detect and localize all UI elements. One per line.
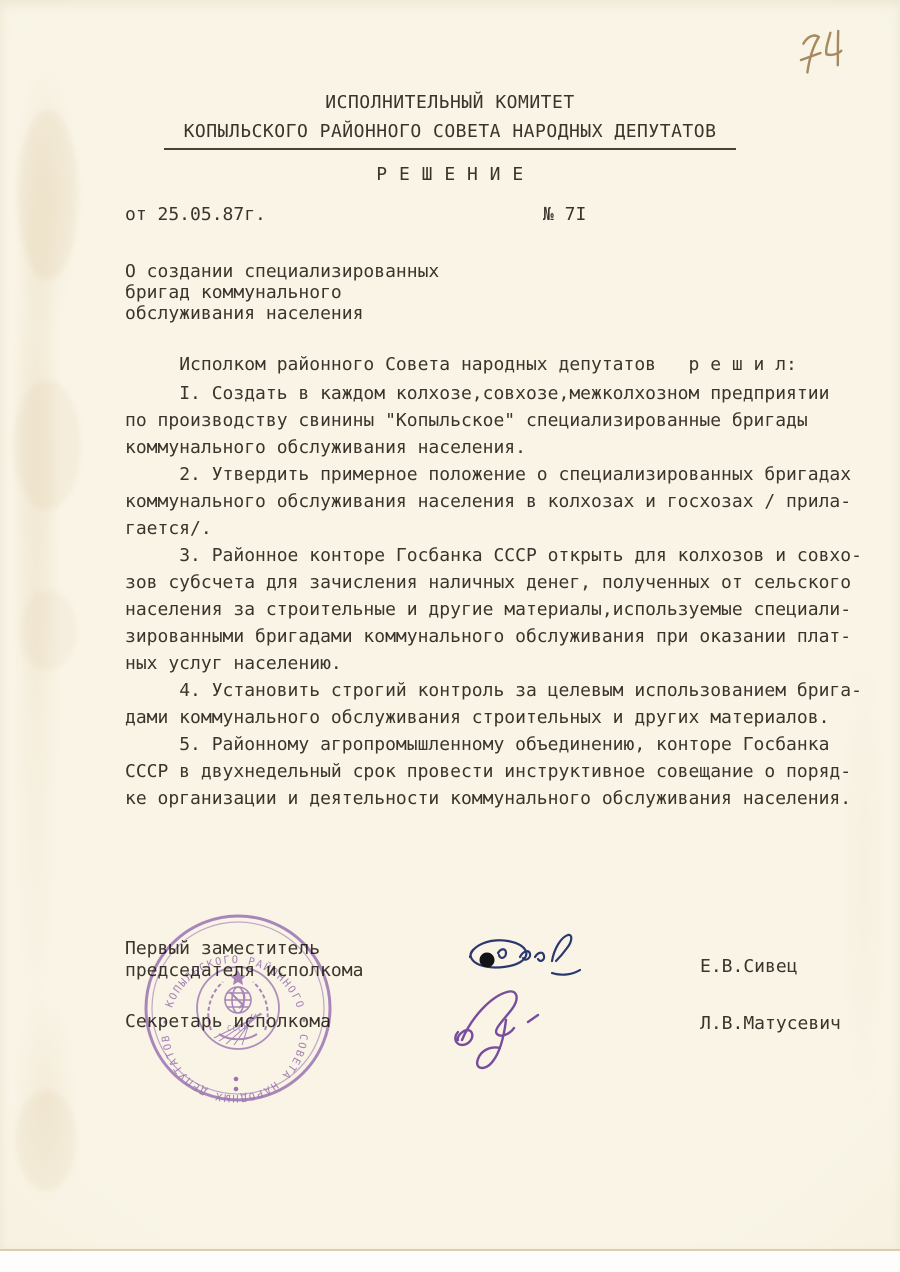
signature-second: [435, 975, 575, 1085]
bleed-through-mark: [14, 380, 80, 510]
coat-of-arms-emblem: СССР: [208, 970, 267, 1045]
resolution-body: I. Создать в каждом колхозе,совхозе,межк…: [125, 380, 895, 812]
header-council-line-wrap: КОПЫЛЬСКОГО РАЙОННОГО СОВЕТА НАРОДНЫХ ДЕ…: [0, 121, 900, 150]
resolution-intro: Исполком районного Совета народных депут…: [125, 351, 895, 378]
signatory-name-second: Л.В.Матусевич: [700, 1013, 841, 1034]
bleed-through-mark: [16, 1090, 76, 1190]
header-committee-line: ИСПОЛНИТЕЛЬНЫЙ КОМИТЕТ: [0, 92, 900, 113]
ink-blot: [480, 953, 495, 968]
bleed-through-mark: [20, 590, 76, 670]
handwritten-page-number: [770, 14, 870, 84]
official-stamp: КОПЫЛЬСКОГО РАЙОННОГО • СОВЕТА НАРОДНЫХ …: [118, 888, 358, 1128]
doc-date: от 25.05.87г.: [125, 204, 266, 225]
signatory-name-first: Е.В.Сивец: [700, 956, 798, 977]
doc-number: № 7I: [543, 204, 586, 225]
doc-subject: О создании специализированных бригад ком…: [125, 261, 439, 324]
document-page: ИСПОЛНИТЕЛЬНЫЙ КОМИТЕТ КОПЫЛЬСКОГО РАЙОН…: [0, 0, 900, 1251]
header-council-line: КОПЫЛЬСКОГО РАЙОННОГО СОВЕТА НАРОДНЫХ ДЕ…: [164, 121, 737, 150]
doc-type-title: Р Е Ш Е Н И Е: [0, 164, 900, 185]
stamp-center-text: СССР: [227, 1024, 249, 1033]
